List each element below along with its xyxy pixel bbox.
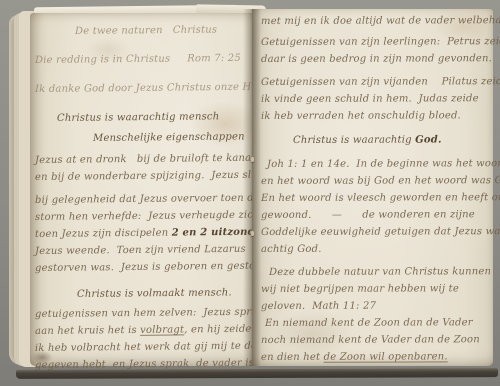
manuscript-line: Ik danke God door Jezus Christus onze He… bbox=[35, 79, 252, 98]
manuscript-line: gewoond. — de wonderen en zijne bbox=[261, 206, 493, 224]
underlined-ink: volbragt bbox=[140, 324, 184, 335]
manuscript-line: De twee naturen Christus bbox=[75, 21, 252, 40]
manuscript-line: en dien het de Zoon wil openbaren. bbox=[261, 348, 493, 366]
right-page: met mij en ik doe altijd wat de vader we… bbox=[252, 9, 493, 366]
manuscript-line: wij niet begrijpen maar hebben wij te bbox=[261, 280, 493, 298]
right-page-text: met mij en ik doe altijd wat de vader we… bbox=[261, 13, 493, 366]
manuscript-line: En niemand kent de Zoon dan de Vader bbox=[265, 314, 493, 332]
binding-stitch bbox=[251, 231, 254, 236]
manuscript-line: geloven. Math 11: 27 bbox=[261, 297, 493, 315]
manuscript-line: en bij de wonderbare spijziging. Jezus s… bbox=[35, 167, 252, 186]
manuscript-line: achtig God. bbox=[261, 240, 493, 258]
emphasised-ink: God. bbox=[415, 134, 442, 145]
manuscript-line: Goddelijke eeuwigheid getuigen dat Jezus… bbox=[261, 223, 493, 241]
manuscript-line: Die redding is in Christus Rom 7: 25 bbox=[35, 50, 252, 69]
manuscript-line: daar is geen bedrog in zijn mond gevonde… bbox=[261, 50, 493, 68]
photo-background: De twee naturen ChristusDie redding is i… bbox=[0, 0, 500, 386]
book-gutter bbox=[243, 9, 261, 366]
manuscript-line: Joh 1: 1 en 14e. In de beginne was het w… bbox=[267, 155, 493, 173]
manuscript-line: ik heb verraden het onschuldig bloed. bbox=[261, 107, 493, 125]
manuscript-line: En het woord is vleesch geworden en heef… bbox=[261, 189, 493, 207]
manuscript-line: Christus is volmaakt mensch. bbox=[77, 284, 252, 303]
manuscript-line: Deze dubbele natuur van Christus kunnen bbox=[269, 263, 493, 281]
manuscript-line: gegeven hebt en Jezus sprak de vader is bbox=[35, 355, 252, 374]
manuscript-line: ik vinde geen schuld in hem. Judas zeide bbox=[261, 90, 493, 108]
left-page-text: De twee naturen ChristusDie redding is i… bbox=[35, 19, 252, 374]
manuscript-line: Getuigenissen van zijn vijanden Pilatus … bbox=[261, 73, 493, 91]
binding-stitch bbox=[251, 157, 254, 162]
manuscript-line: gestorven was. Jezus is geboren en gesto… bbox=[35, 258, 252, 277]
manuscript-line: noch niemand kent de Vader dan de Zoon bbox=[261, 331, 493, 349]
manuscript-line: Menschelijke eigenschappen bbox=[93, 128, 252, 147]
manuscript-line: en het woord was bij God en het woord wa… bbox=[261, 172, 493, 190]
manuscript-line: Christus is waarachtig mensch bbox=[57, 108, 252, 127]
manuscript-line: met mij en ik doe altijd wat de vader we… bbox=[261, 12, 493, 30]
manuscript-line: Getuigenissen van zijn leerlingen: Petru… bbox=[261, 33, 493, 51]
left-page: De twee naturen ChristusDie redding is i… bbox=[30, 13, 252, 366]
manuscript-line: Christus is waarachtig God. bbox=[293, 131, 493, 149]
underlined-ink: de Zoon wil openbaren. bbox=[324, 351, 448, 362]
